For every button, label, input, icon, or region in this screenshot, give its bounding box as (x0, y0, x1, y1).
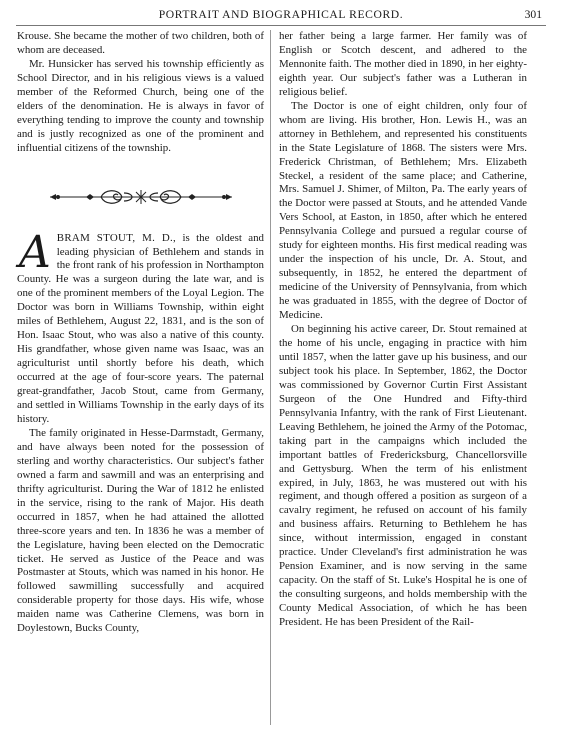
biography-opening: A BRAM STOUT, M. D., is the oldest and l… (17, 232, 264, 427)
paragraph: The Doctor is one of eight children, onl… (279, 100, 527, 323)
paragraph: her father being a large farmer. Her fam… (279, 30, 527, 100)
paragraph: BRAM STOUT, M. D., is the oldest and lea… (17, 232, 264, 427)
left-column: Krouse. She became the mother of two chi… (17, 30, 264, 636)
page-number: 301 (525, 8, 542, 21)
scroll-ornament-icon (46, 189, 236, 205)
right-column: her father being a large farmer. Her fam… (279, 30, 527, 630)
paragraph-text: is the oldest and leading physician of B… (17, 232, 264, 425)
drop-cap: A (19, 235, 51, 271)
page-header: PORTRAIT AND BIOGRAPHICAL RECORD. 301 (0, 0, 562, 30)
paragraph: The family originated in Hesse-Darmstadt… (17, 427, 264, 636)
paragraph: Krouse. She became the mother of two chi… (17, 30, 264, 58)
column-divider (270, 30, 271, 725)
paragraph: Mr. Hunsicker has served his township ef… (17, 58, 264, 156)
header-rule (16, 25, 546, 26)
ornament-divider-icon (17, 162, 264, 232)
paragraph: On beginning his active career, Dr. Stou… (279, 323, 527, 630)
running-title: PORTRAIT AND BIOGRAPHICAL RECORD. (0, 8, 562, 21)
subject-name: BRAM STOUT, M. D., (57, 232, 176, 244)
